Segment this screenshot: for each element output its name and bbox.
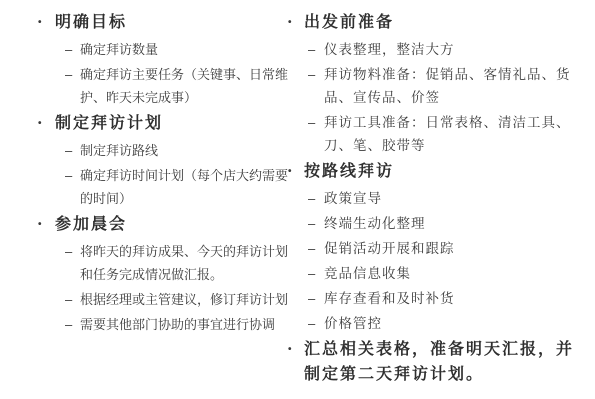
list-item-label: 将昨天的拜访成果、今天的拜访计划和任务完成情况做汇报。 <box>80 240 288 286</box>
dash-icon: – <box>65 313 80 336</box>
bullet-icon: • <box>38 212 55 237</box>
list-item: – 库存查看和及时补货 <box>288 287 575 310</box>
dash-icon: – <box>308 187 324 210</box>
section-header-label: 参加晨会 <box>55 212 288 237</box>
section-header-summarize-forms: • 汇总相关表格，准备明天汇报，并制定第二天拜访计划。 <box>288 337 575 387</box>
bullet-icon: • <box>288 159 304 184</box>
list-item-label: 需要其他部门协助的事宜进行协调 <box>80 313 288 336</box>
dash-icon: – <box>308 212 324 235</box>
section-header-label: 出发前准备 <box>304 10 575 35</box>
section-header-label: 制定拜访计划 <box>55 111 288 136</box>
dash-icon: – <box>308 312 324 335</box>
document-body: • 明确目标 – 确定拜访数量 – 确定拜访主要任务（关键事、日常维护、昨天未完… <box>0 0 595 399</box>
list-item: – 终端生动化整理 <box>288 212 575 235</box>
list-item: – 价格管控 <box>288 312 575 335</box>
section-header-make-visit-plan: • 制定拜访计划 <box>38 111 288 136</box>
dash-icon: – <box>65 288 80 311</box>
list-item-label: 仪表整理，整洁大方 <box>324 38 575 61</box>
bullet-icon: • <box>38 111 55 136</box>
list-item: – 促销活动开展和跟踪 <box>288 237 575 260</box>
list-item-label: 确定拜访时间计划（每个店大约需要的时间） <box>80 164 288 210</box>
list-item-label: 拜访工具准备：日常表格、清洁工具、刀、笔、胶带等 <box>324 111 575 157</box>
dash-icon: – <box>308 237 324 260</box>
section-header-pre-departure-prep: • 出发前准备 <box>288 10 575 35</box>
section-header-visit-by-route: • 按路线拜访 <box>288 159 575 184</box>
dash-icon: – <box>65 139 80 162</box>
list-item-label: 确定拜访数量 <box>80 38 288 61</box>
bullet-icon: • <box>288 10 304 35</box>
list-item: – 需要其他部门协助的事宜进行协调 <box>38 313 288 336</box>
list-item: – 政策宣导 <box>288 187 575 210</box>
list-item-label: 根据经理或主管建议，修订拜访计划 <box>80 288 288 311</box>
dash-icon: – <box>308 38 324 61</box>
dash-icon: – <box>308 262 324 285</box>
dash-icon: – <box>308 63 324 86</box>
list-item: – 拜访工具准备：日常表格、清洁工具、刀、笔、胶带等 <box>288 111 575 157</box>
dash-icon: – <box>308 111 324 134</box>
list-item-label: 价格管控 <box>324 312 575 335</box>
list-item-label: 确定拜访主要任务（关键事、日常维护、昨天未完成事） <box>80 63 288 109</box>
list-item-label: 库存查看和及时补货 <box>324 287 575 310</box>
dash-icon: – <box>65 240 80 263</box>
dash-icon: – <box>308 287 324 310</box>
list-item-label: 制定拜访路线 <box>80 139 288 162</box>
section-header-label: 汇总相关表格，准备明天汇报，并制定第二天拜访计划。 <box>304 337 575 387</box>
list-item: – 制定拜访路线 <box>38 139 288 162</box>
list-item: – 拜访物料准备：促销品、客情礼品、货品、宣传品、价签 <box>288 63 575 109</box>
column-left: • 明确目标 – 确定拜访数量 – 确定拜访主要任务（关键事、日常维护、昨天未完… <box>38 8 288 399</box>
list-item-label: 终端生动化整理 <box>324 212 575 235</box>
list-item: – 确定拜访时间计划（每个店大约需要的时间） <box>38 164 288 210</box>
list-item: – 将昨天的拜访成果、今天的拜访计划和任务完成情况做汇报。 <box>38 240 288 286</box>
section-header-define-goals: • 明确目标 <box>38 10 288 35</box>
list-item: – 根据经理或主管建议，修订拜访计划 <box>38 288 288 311</box>
dash-icon: – <box>65 164 80 187</box>
list-item-label: 竞品信息收集 <box>324 262 575 285</box>
bullet-icon: • <box>288 337 304 362</box>
section-header-label: 按路线拜访 <box>304 159 575 184</box>
list-item: – 竞品信息收集 <box>288 262 575 285</box>
dash-icon: – <box>65 63 80 86</box>
list-item: – 确定拜访数量 <box>38 38 288 61</box>
bullet-icon: • <box>38 10 55 35</box>
list-item-label: 拜访物料准备：促销品、客情礼品、货品、宣传品、价签 <box>324 63 575 109</box>
column-right: • 出发前准备 – 仪表整理，整洁大方 – 拜访物料准备：促销品、客情礼品、货品… <box>288 8 595 399</box>
section-header-morning-meeting: • 参加晨会 <box>38 212 288 237</box>
section-header-label: 明确目标 <box>55 10 288 35</box>
list-item-label: 政策宣导 <box>324 187 575 210</box>
dash-icon: – <box>65 38 80 61</box>
list-item-label: 促销活动开展和跟踪 <box>324 237 575 260</box>
list-item: – 仪表整理，整洁大方 <box>288 38 575 61</box>
list-item: – 确定拜访主要任务（关键事、日常维护、昨天未完成事） <box>38 63 288 109</box>
